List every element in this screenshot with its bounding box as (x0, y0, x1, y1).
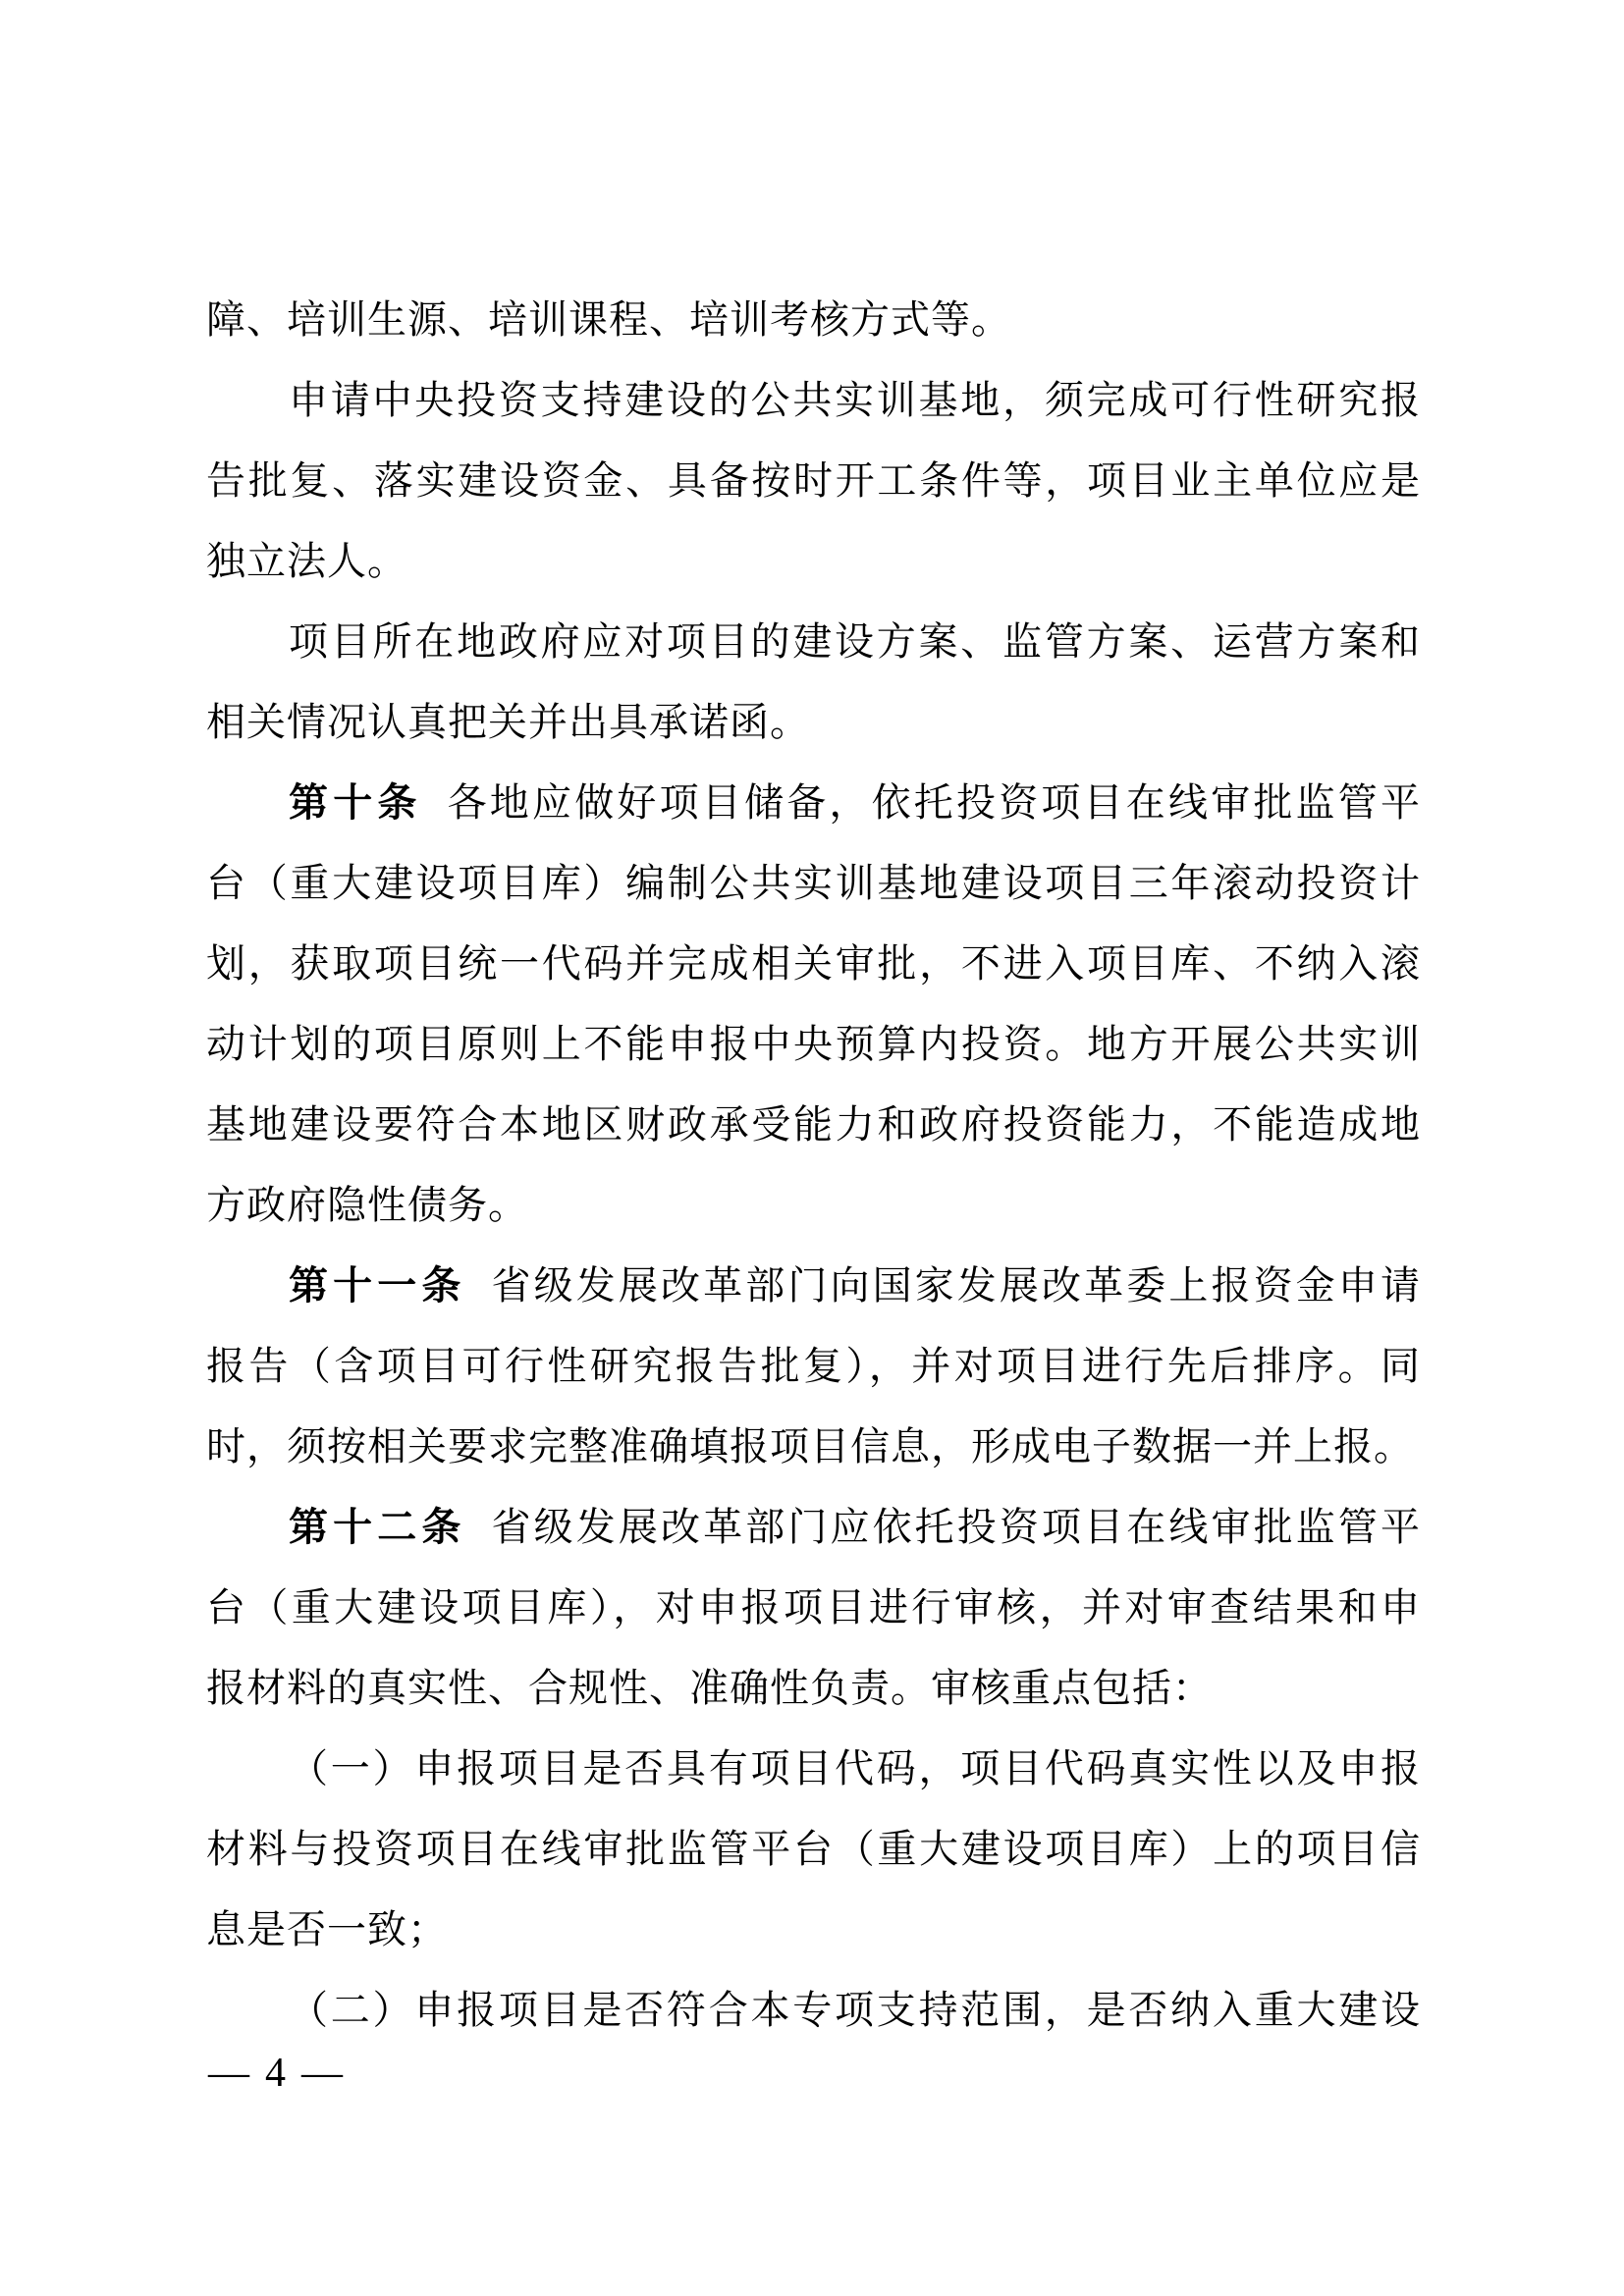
line-text: 相关情况认真把关并出具承诺函。 (206, 700, 810, 744)
line-text: 材料与投资项目在线审批监管平台（重大建设项目库）上的项目信 (206, 1827, 1421, 1871)
article-heading: 第十条 (289, 781, 422, 825)
text-line: （二）申报项目是否符合本专项支持范围，是否纳入重大建设 (206, 1970, 1421, 2051)
line-text: 省级发展改革部门向国家发展改革委上报资金申请 (491, 1263, 1421, 1308)
line-text: 申请中央投资支持建设的公共实训基地，须完成可行性研究报 (289, 378, 1421, 422)
article-heading: 第十二条 (289, 1506, 465, 1549)
line-text: 障、培训生源、培训课程、培训考核方式等。 (206, 297, 1011, 342)
text-line: 告批复、落实建设资金、具备按时开工条件等，项目业主单位应是 (206, 441, 1421, 521)
line-text: 各地应做好项目储备，依托投资项目在线审批监管平 (448, 780, 1421, 825)
text-line: 第十条各地应做好项目储备，依托投资项目在线审批监管平 (206, 763, 1421, 843)
text-line: 息是否一致； (206, 1890, 1421, 1970)
line-text: 报材料的真实性、合规性、准确性负责。审核重点包括： (206, 1666, 1213, 1710)
line-text: 独立法人。 (206, 539, 407, 583)
line-text: 息是否一致； (206, 1907, 448, 1951)
document-body: 障、培训生源、培训课程、培训考核方式等。申请中央投资支持建设的公共实训基地，须完… (206, 280, 1421, 2051)
line-text: （一）申报项目是否具有项目代码，项目代码真实性以及申报 (289, 1746, 1421, 1790)
document-page: 障、培训生源、培训课程、培训考核方式等。申请中央投资支持建设的公共实训基地，须完… (0, 0, 1624, 2296)
footer-dash-right: — (301, 2051, 343, 2096)
text-line: 项目所在地政府应对项目的建设方案、监管方案、运营方案和 (206, 602, 1421, 682)
text-line: 基地建设要符合本地区财政承受能力和政府投资能力，不能造成地 (206, 1085, 1421, 1165)
text-line: 报告（含项目可行性研究报告批复），并对项目进行先后排序。同 (206, 1326, 1421, 1407)
text-line: 相关情况认真把关并出具承诺函。 (206, 682, 1421, 763)
line-text: 台（重大建设项目库）编制公共实训基地建设项目三年滚动投资计 (206, 861, 1421, 905)
line-text: （二）申报项目是否符合本专项支持范围，是否纳入重大建设 (289, 1988, 1421, 2032)
text-line: 划，获取项目统一代码并完成相关审批，不进入项目库、不纳入滚 (206, 924, 1421, 1004)
line-text: 划，获取项目统一代码并完成相关审批，不进入项目库、不纳入滚 (206, 941, 1421, 986)
line-text: 动计划的项目原则上不能申报中央预算内投资。地方开展公共实训 (206, 1022, 1421, 1066)
text-line: （一）申报项目是否具有项目代码，项目代码真实性以及申报 (206, 1729, 1421, 1809)
text-line: 第十二条省级发展改革部门应依托投资项目在线审批监管平 (206, 1487, 1421, 1568)
line-text: 项目所在地政府应对项目的建设方案、监管方案、运营方案和 (289, 619, 1421, 664)
line-text: 台（重大建设项目库），对申报项目进行审核，并对审查结果和申 (206, 1585, 1421, 1629)
text-line: 报材料的真实性、合规性、准确性负责。审核重点包括： (206, 1648, 1421, 1729)
line-text: 报告（含项目可行性研究报告批复），并对项目进行先后排序。同 (206, 1344, 1421, 1388)
line-text: 时，须按相关要求完整准确填报项目信息，形成电子数据一并上报。 (206, 1424, 1414, 1468)
text-line: 第十一条省级发展改革部门向国家发展改革委上报资金申请 (206, 1246, 1421, 1326)
text-line: 台（重大建设项目库），对申报项目进行审核，并对审查结果和申 (206, 1568, 1421, 1648)
footer-page-number: 4 (265, 2051, 286, 2096)
line-text: 告批复、落实建设资金、具备按时开工条件等，项目业主单位应是 (206, 458, 1421, 503)
text-line: 动计划的项目原则上不能申报中央预算内投资。地方开展公共实训 (206, 1004, 1421, 1085)
line-text: 省级发展改革部门应依托投资项目在线审批监管平 (491, 1505, 1421, 1549)
line-text: 方政府隐性债务。 (206, 1183, 528, 1227)
text-line: 材料与投资项目在线审批监管平台（重大建设项目库）上的项目信 (206, 1809, 1421, 1890)
text-line: 申请中央投资支持建设的公共实训基地，须完成可行性研究报 (206, 360, 1421, 441)
line-text: 基地建设要符合本地区财政承受能力和政府投资能力，不能造成地 (206, 1102, 1421, 1147)
text-line: 方政府隐性债务。 (206, 1165, 1421, 1246)
footer-dash-left: — (208, 2051, 249, 2096)
text-line: 时，须按相关要求完整准确填报项目信息，形成电子数据一并上报。 (206, 1407, 1421, 1487)
text-line: 独立法人。 (206, 521, 1421, 602)
article-heading: 第十一条 (289, 1264, 465, 1308)
text-line: 障、培训生源、培训课程、培训考核方式等。 (206, 280, 1421, 360)
page-footer: —4— (208, 2044, 343, 2103)
text-line: 台（重大建设项目库）编制公共实训基地建设项目三年滚动投资计 (206, 843, 1421, 924)
